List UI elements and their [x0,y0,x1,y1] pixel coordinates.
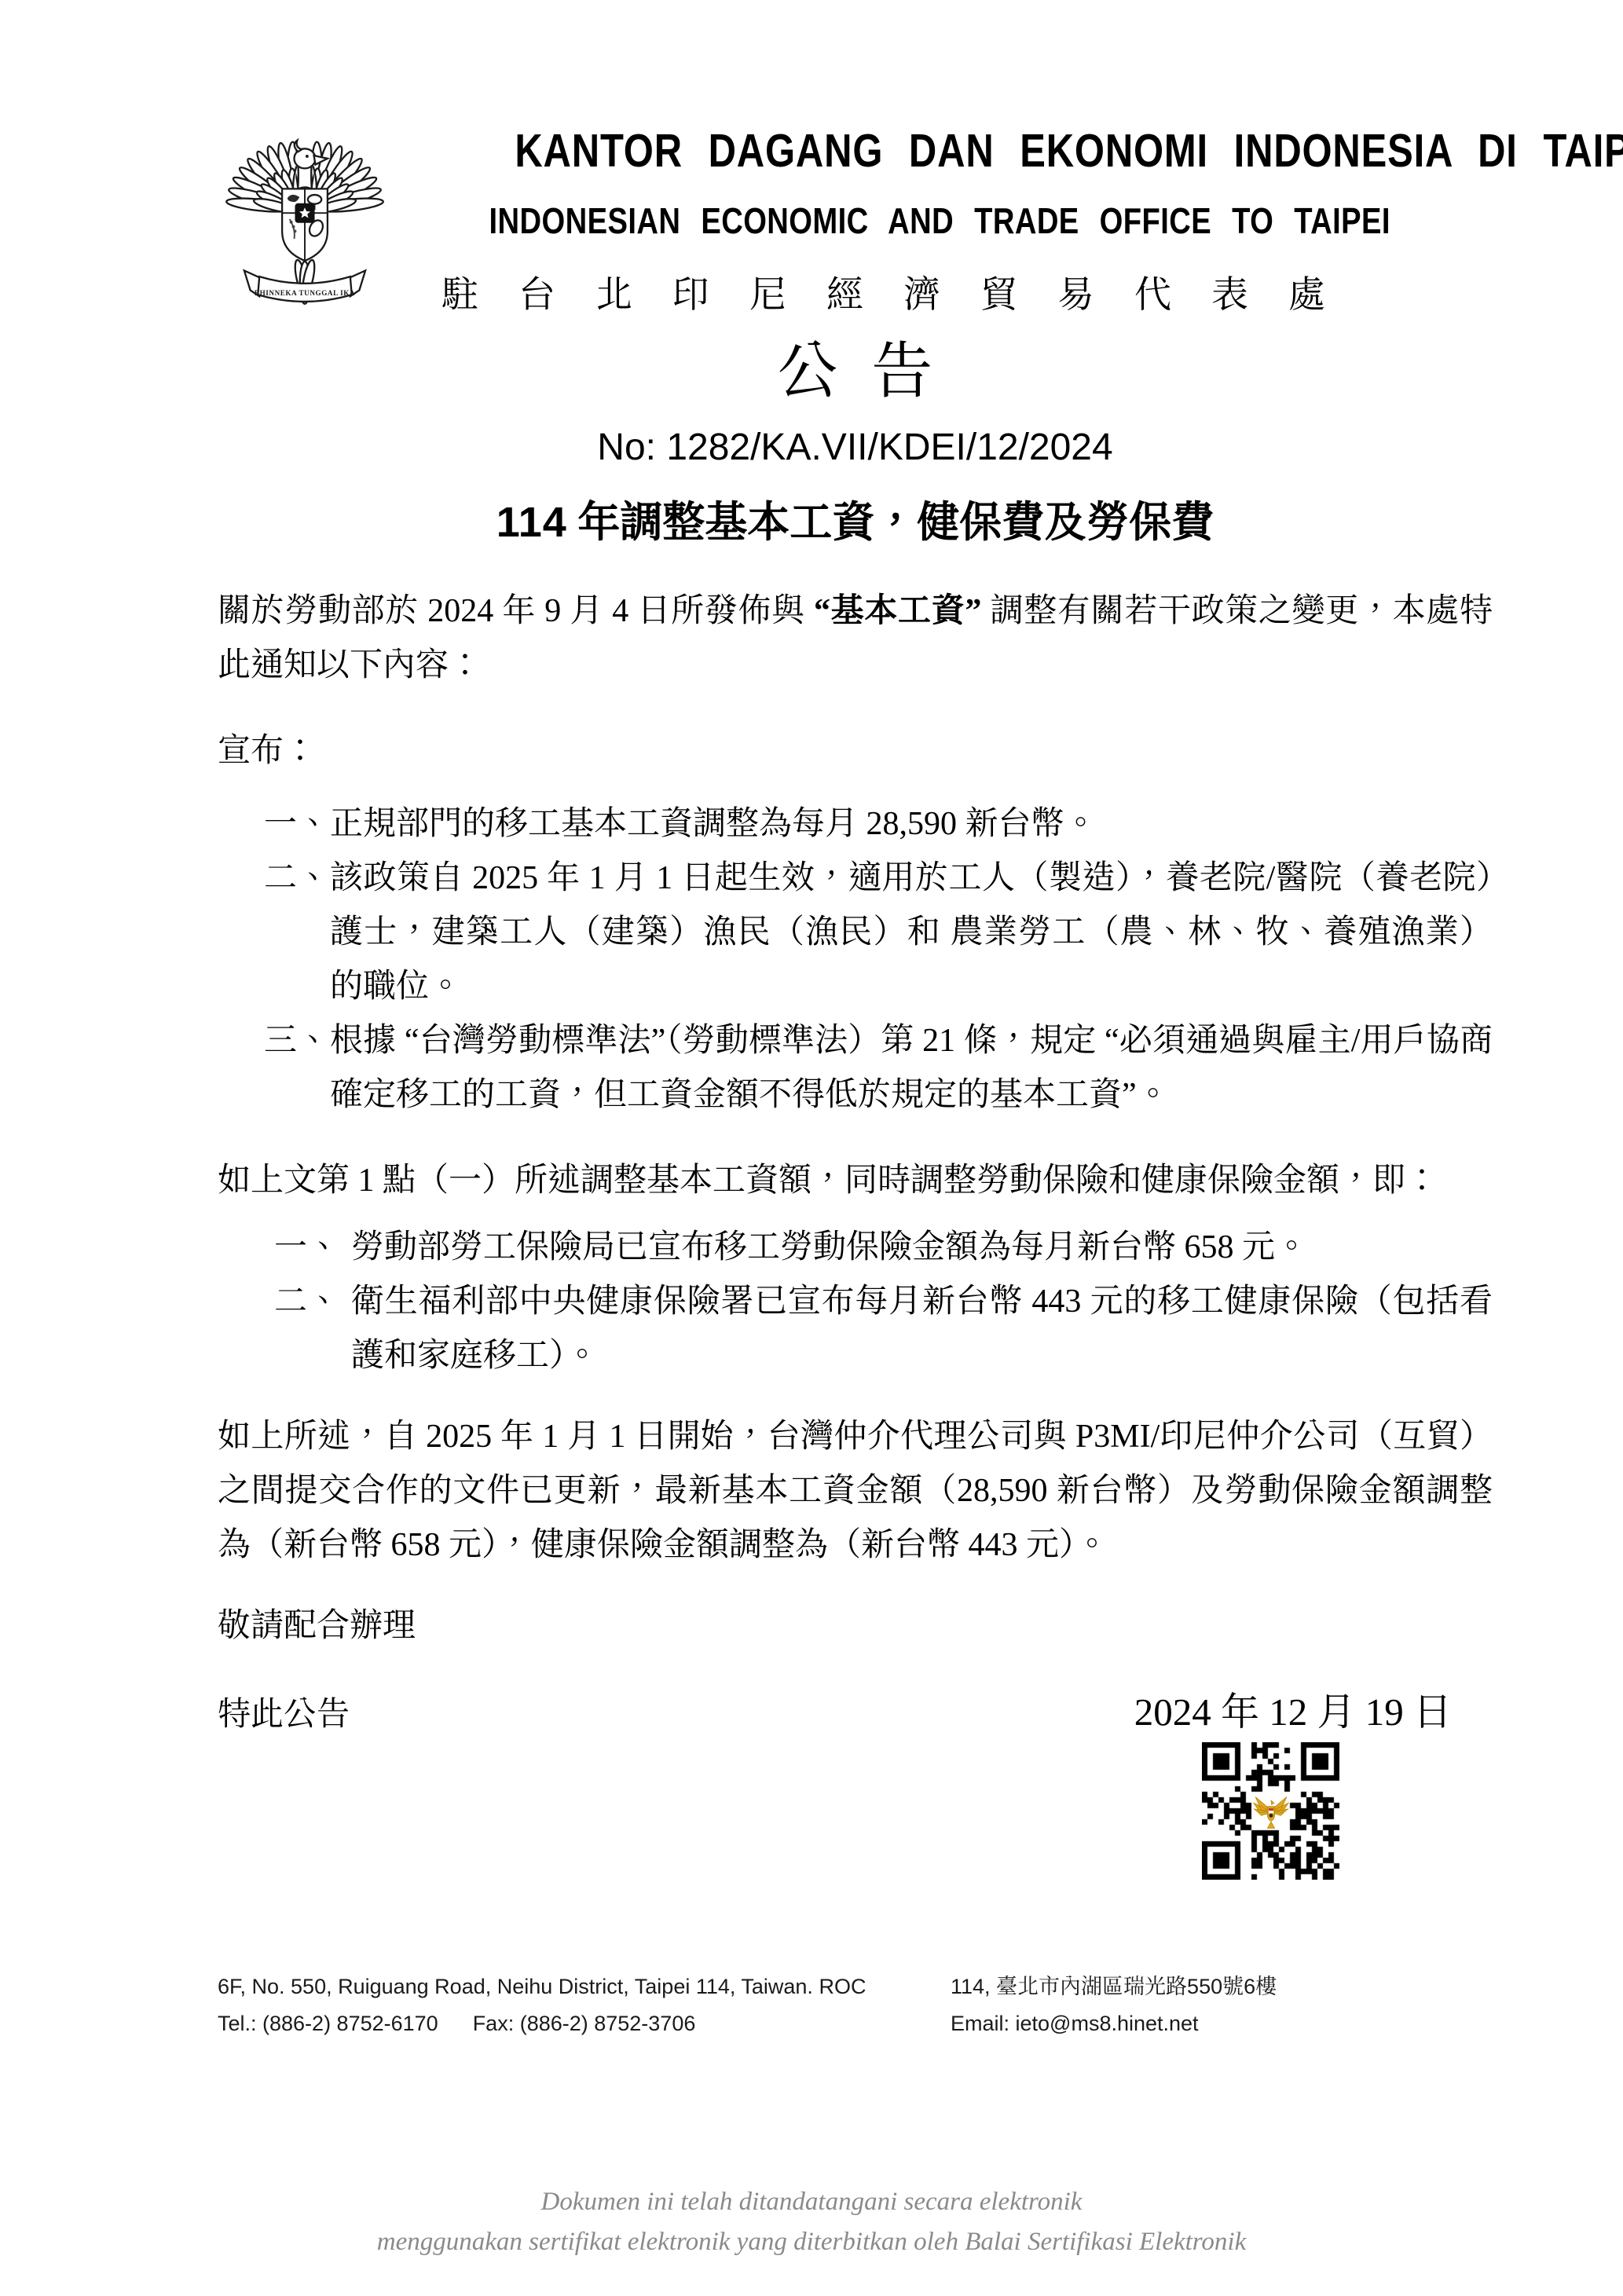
closing-statement: 特此公告 [218,1688,350,1742]
list-text: 正規部門的移工基本工資調整為每月 28,590 新台幣。 [330,806,1097,842]
banyan-tree-charge [308,195,321,204]
document-body: 公 告 No: 1282/KA.VII/KDEI/12/2024 114 年調整… [218,338,1493,1884]
document-number: No: 1282/KA.VII/KDEI/12/2024 [218,426,1493,470]
garuda-eye [306,155,309,158]
footer-right-column: 114, 臺北市內湖區瑞光路550號6樓 Email: ieto@ms8.hin… [951,1968,1277,2042]
insurance-list: 一、勞動部勞工保險局已宣布移工勞動保險金額為每月新台幣 658 元。 二、衛生福… [218,1221,1493,1383]
insurance-intro: 如上文第 1 點（一）所述調整基本工資額，同時調整勞動保險和健康保險金額，即： [218,1154,1493,1208]
list-item: 二、衛生福利部中央健康保險署已宣布每月新台幣 443 元的移工健康保險（包括看護… [218,1275,1493,1383]
list-marker: 一、 [264,797,330,851]
footer-email: Email: ieto@ms8.hinet.net [951,2005,1277,2042]
closing-row: 特此公告 2024 年 12 月 19 日 [218,1685,1493,1742]
footer-left-column: 6F, No. 550, Ruiguang Road, Neihu Distri… [218,1968,1493,2042]
footer-address-en: 6F, No. 550, Ruiguang Road, Neihu Distri… [218,1968,1493,2005]
qr-center-garuda-icon [1253,1792,1289,1831]
org-name-chinese: 駐台北印尼經濟貿易代表處 [397,265,1410,318]
intro-bold-term: “基本工資” [814,593,981,629]
electronic-signature-note: Dokumen ini telah ditandatangani secara … [0,2182,1623,2262]
org-name-indonesian-text: KANTOR DAGANG DAN EKONOMI INDONESIA DI T… [515,124,1623,178]
list-marker: 一、 [274,1221,340,1275]
list-item: 三、根據 “台灣勞動標準法”（勞動標準法）第 21 條，規定 “必須通過與雇主/… [218,1014,1493,1122]
cooperation-note: 敬請配合辦理 [218,1599,1493,1653]
footer-telfax: Tel.: (886-2) 8752-6170Fax: (886-2) 8752… [218,2005,1493,2042]
regulation-list: 一、正規部門的移工基本工資調整為每月 28,590 新台幣。 二、該政策自 20… [218,797,1493,1122]
subject-title: 114 年調整基本工資，健保費及勞保費 [218,498,1493,547]
qr-row [218,1742,1493,1884]
org-name-indonesian: KANTOR DAGANG DAN EKONOMI INDONESIA DI T… [397,124,1410,178]
list-marker: 二、 [274,1275,340,1329]
list-text: 根據 “台灣勞動標準法”（勞動標準法）第 21 條，規定 “必須通過與雇主/用戶… [330,1023,1493,1113]
list-marker: 二、 [264,851,330,906]
list-item: 一、勞動部勞工保險局已宣布移工勞動保險金額為每月新台幣 658 元。 [218,1221,1493,1275]
list-text: 該政策自 2025 年 1 月 1 日起生效，適用於工人（製造），養老院/醫院（… [330,860,1493,1005]
footer: 6F, No. 550, Ruiguang Road, Neihu Distri… [218,1968,1493,2042]
list-item: 二、該政策自 2025 年 1 月 1 日起生效，適用於工人（製造），養老院/醫… [218,851,1493,1014]
announce-label: 宣布： [218,724,1493,778]
org-name-english-text: INDONESIAN ECONOMIC AND TRADE OFFICE TO … [489,200,1390,242]
list-marker: 三、 [264,1014,330,1068]
banner-motto: BHINNEKA TUNGGAL IKA [255,289,355,297]
update-paragraph: 如上所述，自 2025 年 1 月 1 日開始，台灣仲介代理公司與 P3MI/印… [218,1410,1493,1573]
signature-note-line1: Dokumen ini telah ditandatangani secara … [0,2182,1623,2222]
footer-fax: Fax: (886-2) 8752-3706 [473,2012,696,2035]
intro-paragraph: 關於勞動部於 2024 年 9 月 4 日所發佈與 “基本工資” 調整有關若干政… [218,584,1493,693]
footer-address-zh: 114, 臺北市內湖區瑞光路550號6樓 [951,1968,1277,2005]
rice-grain [292,225,295,229]
org-name-english: INDONESIAN ECONOMIC AND TRADE OFFICE TO … [397,200,1410,242]
list-item: 一、正規部門的移工基本工資調整為每月 28,590 新台幣。 [218,797,1493,851]
list-text: 衛生福利部中央健康保險署已宣布每月新台幣 443 元的移工健康保險（包括看護和家… [351,1283,1493,1374]
rice-grain [290,221,293,224]
subject-text: 年調整基本工資，健保費及勞保費 [567,499,1215,546]
rice-grain [294,229,297,233]
letterhead: KANTOR DAGANG DAN EKONOMI INDONESIA DI T… [397,124,1410,318]
signature-note-line2: menggunakan sertifikat elektronik yang d… [0,2222,1623,2262]
intro-pre: 關於勞動部於 2024 年 9 月 4 日所發佈與 [218,593,814,629]
issue-date: 2024 年 12 月 19 日 [1134,1685,1493,1739]
garuda-emblem-svg: BHINNEKA TUNGGAL IKA [222,118,388,317]
garuda-pancasila-emblem: BHINNEKA TUNGGAL IKA [222,118,388,317]
announcement-document: BHINNEKA TUNGGAL IKA KANTOR DAGANG DAN E… [0,0,1623,2296]
subject-number: 114 [496,499,567,546]
garuda-crest [295,141,302,152]
list-text: 勞動部勞工保險局已宣布移工勞動保險金額為每月新台幣 658 元。 [351,1229,1308,1265]
qr-code [1202,1742,1339,1880]
footer-tel: Tel.: (886-2) 8752-6170 [218,2012,438,2035]
announcement-title: 公 告 [218,338,1493,405]
